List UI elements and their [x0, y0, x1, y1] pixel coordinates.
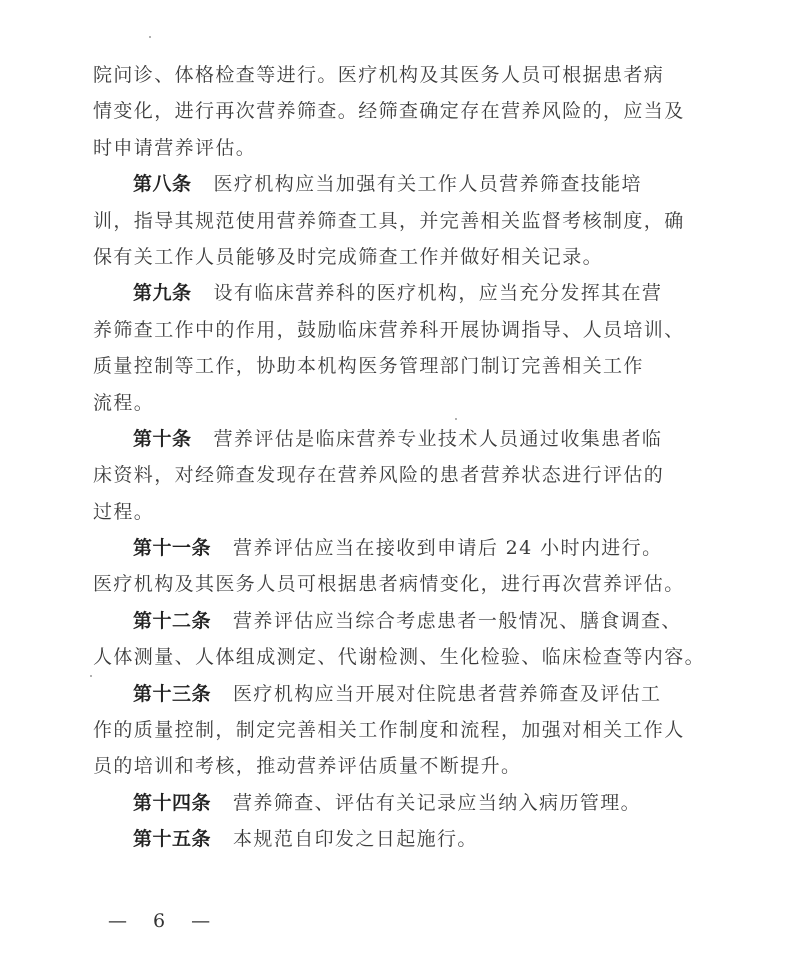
article-number: 第十四条	[133, 792, 211, 814]
text-line: 医疗机构及其医务人员可根据患者病情变化，进行再次营养评估。	[93, 566, 673, 602]
text-line: 营养评估是临床营养专业技术人员通过收集患者临	[214, 428, 663, 450]
text-line: 时申请营养评估。	[93, 130, 673, 166]
text-line: 床资料，对经筛查发现存在营养风险的患者营养状态进行评估的	[93, 457, 673, 493]
document-page: 院问诊、体格检查等进行。医疗机构及其医务人员可根据患者病 情变化，进行再次营养筛…	[93, 57, 673, 858]
text-line: 作的质量控制，制定完善相关工作制度和流程，加强对相关工作人	[93, 712, 673, 748]
scan-speck	[149, 36, 151, 38]
article-11: 第十一条营养评估应当在接收到申请后 24 小时内进行。 医疗机构及其医务人员可根…	[93, 530, 673, 603]
text-line: 营养筛查、评估有关记录应当纳入病历管理。	[233, 792, 641, 814]
article-number: 第十三条	[133, 683, 211, 705]
article-10: 第十条营养评估是临床营养专业技术人员通过收集患者临 床资料，对经筛查发现存在营养…	[93, 421, 673, 530]
scan-speck	[90, 675, 92, 677]
text-line: 情变化，进行再次营养筛查。经筛查确定存在营养风险的，应当及	[93, 93, 673, 129]
page-number: — 6 —	[108, 910, 220, 932]
text-line: 流程。	[93, 385, 673, 421]
text-line: 养筛查工作中的作用，鼓励临床营养科开展协调指导、人员培训、	[93, 312, 673, 348]
text-line: 保有关工作人员能够及时完成筛查工作并做好相关记录。	[93, 239, 673, 275]
article-15: 第十五条本规范自印发之日起施行。	[93, 821, 673, 857]
article-8: 第八条医疗机构应当加强有关工作人员营养筛查技能培 训，指导其规范使用营养筛查工具…	[93, 166, 673, 275]
text-line: 院问诊、体格检查等进行。医疗机构及其医务人员可根据患者病	[93, 57, 673, 93]
scan-speck	[455, 418, 457, 420]
article-number: 第十条	[133, 428, 192, 450]
text-line: 人体测量、人体组成测定、代谢检测、生化检验、临床检查等内容。	[93, 639, 673, 675]
text-line: 医疗机构应当开展对住院患者营养筛查及评估工	[233, 683, 661, 705]
article-number: 第八条	[133, 173, 192, 195]
text-line: 本规范自印发之日起施行。	[233, 828, 478, 850]
text-line: 营养评估应当综合考虑患者一般情况、膳食调查、	[233, 610, 682, 632]
article-12: 第十二条营养评估应当综合考虑患者一般情况、膳食调查、 人体测量、人体组成测定、代…	[93, 603, 673, 676]
text-line: 设有临床营养科的医疗机构，应当充分发挥其在营	[214, 282, 663, 304]
article-number: 第十五条	[133, 828, 211, 850]
text-line: 医疗机构应当加强有关工作人员营养筛查技能培	[214, 173, 642, 195]
article-13: 第十三条医疗机构应当开展对住院患者营养筛查及评估工 作的质量控制，制定完善相关工…	[93, 676, 673, 785]
article-9: 第九条设有临床营养科的医疗机构，应当充分发挥其在营 养筛查工作中的作用，鼓励临床…	[93, 275, 673, 421]
article-14: 第十四条营养筛查、评估有关记录应当纳入病历管理。	[93, 785, 673, 821]
text-line: 质量控制等工作，协助本机构医务管理部门制订完善相关工作	[93, 348, 673, 384]
continuation-paragraph: 院问诊、体格检查等进行。医疗机构及其医务人员可根据患者病 情变化，进行再次营养筛…	[93, 57, 673, 166]
article-number: 第十二条	[133, 610, 211, 632]
text-line: 过程。	[93, 494, 673, 530]
text-line: 训，指导其规范使用营养筛查工具，并完善相关监督考核制度，确	[93, 203, 673, 239]
article-number: 第九条	[133, 282, 192, 304]
text-line: 员的培训和考核，推动营养评估质量不断提升。	[93, 748, 673, 784]
text-line: 营养评估应当在接收到申请后 24 小时内进行。	[233, 537, 662, 559]
article-number: 第十一条	[133, 537, 211, 559]
